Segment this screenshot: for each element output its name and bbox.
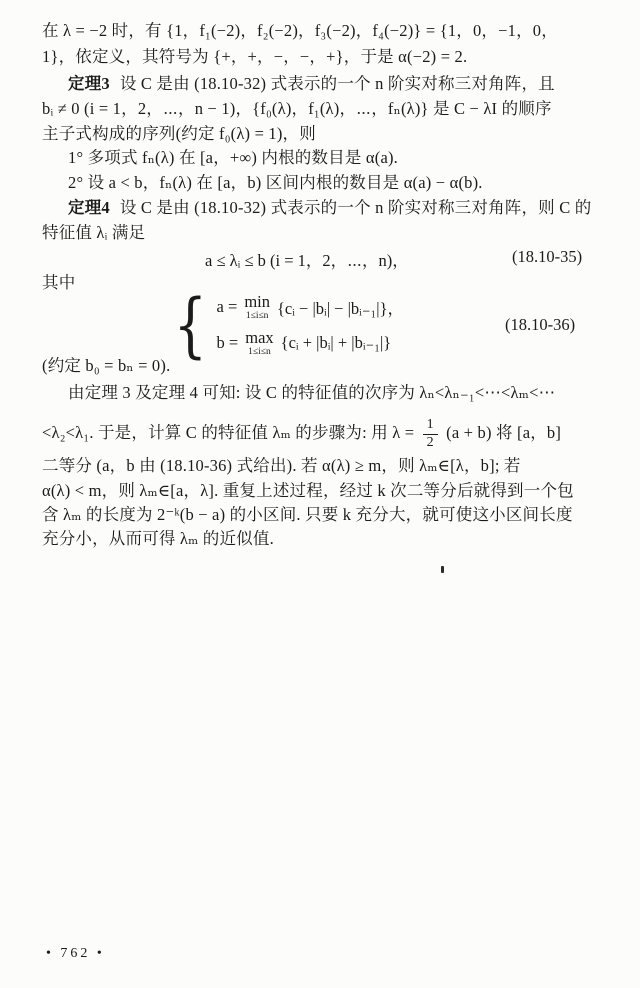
max-subscript: 1≤i≤n [248, 347, 271, 357]
final-line-6: 充分小，从而可得 λₘ 的近似值. [42, 528, 274, 549]
final-line-2: <λ₂<λ₁. 于是，计算 C 的特征值 λₘ 的步骤为: 用 λ = 1 2 … [42, 418, 561, 450]
equation-stack: a = min 1≤i≤n {cᵢ − |bᵢ| − |bᵢ₋₁|}， b = … [217, 294, 404, 357]
fraction-denominator: 2 [423, 435, 438, 451]
theorem3-line-3: 主子式构成的序列(约定 f₀(λ) = 1)，则 [42, 123, 316, 144]
theorem3-intro: 设 C 是由 (18.10-32) 式表示的一个 n 阶实对称三对角阵，且 [120, 74, 555, 93]
where-word: 其中 [42, 272, 75, 293]
theorem4-label: 定理4 [68, 198, 110, 217]
equation-a: a = min 1≤i≤n {cᵢ − |bᵢ| − |bᵢ₋₁|}， [217, 294, 404, 321]
formula-18-10-35: a ≤ λᵢ ≤ b (i = 1，2，⋯，n)， [205, 247, 409, 271]
theorem3-line-1: 定理3设 C 是由 (18.10-32) 式表示的一个 n 阶实对称三对角阵，且 [68, 73, 555, 94]
one-half-fraction: 1 2 [423, 418, 438, 450]
scanned-book-page: 在 λ = −2 时，有 {1，f₁(−2)，f₂(−2)，f₃(−2)，f₄(… [0, 0, 640, 988]
theorem4-line-2: 特征值 λᵢ 满足 [42, 222, 145, 243]
scan-speck [441, 566, 444, 573]
formula-18-10-35-label: (18.10-35) [512, 247, 582, 267]
min-word: min [244, 294, 270, 310]
min-subscript: 1≤i≤n [246, 311, 269, 321]
fraction-numerator: 1 [423, 418, 438, 435]
intro-line-2: 1}，依定义，其符号为 {+，+，−，−，+}，于是 α(−2) = 2. [42, 46, 467, 67]
final-line-2-pre: <λ₂<λ₁. 于是，计算 C 的特征值 λₘ 的步骤为: 用 λ = [42, 423, 414, 442]
theorem3-label: 定理3 [68, 74, 110, 93]
eq-a-lhs: a = [217, 297, 238, 317]
theorem3-item-1: 1° 多项式 fₙ(λ) 在 [a，+∞) 内根的数目是 α(a). [68, 147, 398, 168]
equation-b: b = max 1≤i≤n {cᵢ + |bᵢ| + |bᵢ₋₁|} [217, 330, 404, 357]
intro-line-1: 在 λ = −2 时，有 {1，f₁(−2)，f₂(−2)，f₃(−2)，f₄(… [42, 20, 558, 41]
final-line-4: α(λ) < m，则 λₘ∈[a，λ]. 重复上述过程，经过 k 次二等分后就得… [42, 480, 574, 501]
convention-line: (约定 b₀ = bₙ = 0). [42, 355, 170, 376]
left-brace: { [174, 290, 207, 360]
eq-a-expr: {cᵢ − |bᵢ| − |bᵢ₋₁|}， [277, 295, 404, 319]
final-line-5: 含 λₘ 的长度为 2⁻ᵏ(b − a) 的小区间. 只要 k 充分大，就可使这… [42, 504, 573, 525]
theorem4-intro: 设 C 是由 (18.10-32) 式表示的一个 n 阶实对称三对角阵，则 C … [120, 198, 592, 217]
min-operator: min 1≤i≤n [244, 294, 270, 321]
max-word: max [245, 330, 273, 346]
formula-18-10-36: { a = min 1≤i≤n {cᵢ − |bᵢ| − |bᵢ₋₁|}， b … [168, 290, 404, 360]
formula-18-10-36-label: (18.10-36) [505, 315, 575, 335]
eq-b-expr: {cᵢ + |bᵢ| + |bᵢ₋₁|} [281, 333, 392, 353]
final-line-1: 由定理 3 及定理 4 可知: 设 C 的特征值的次序为 λₙ<λₙ₋₁<⋯<λ… [68, 382, 555, 403]
theorem4-line-1: 定理4设 C 是由 (18.10-32) 式表示的一个 n 阶实对称三对角阵，则… [68, 197, 591, 218]
max-operator: max 1≤i≤n [245, 330, 273, 357]
final-line-2-post: (a + b) 将 [a，b] [446, 423, 561, 442]
theorem3-line-2: bᵢ ≠ 0 (i = 1，2，⋯，n − 1)，{f₀(λ)，f₁(λ)，⋯，… [42, 98, 552, 119]
theorem3-item-2: 2° 设 a < b，fₙ(λ) 在 [a，b) 区间内根的数目是 α(a) −… [68, 172, 483, 193]
eq-b-lhs: b = [217, 333, 239, 353]
page-number: • 762 • [46, 946, 105, 962]
final-line-3: 二等分 (a，b 由 (18.10-36) 式给出). 若 α(λ) ≥ m，则… [42, 455, 521, 476]
